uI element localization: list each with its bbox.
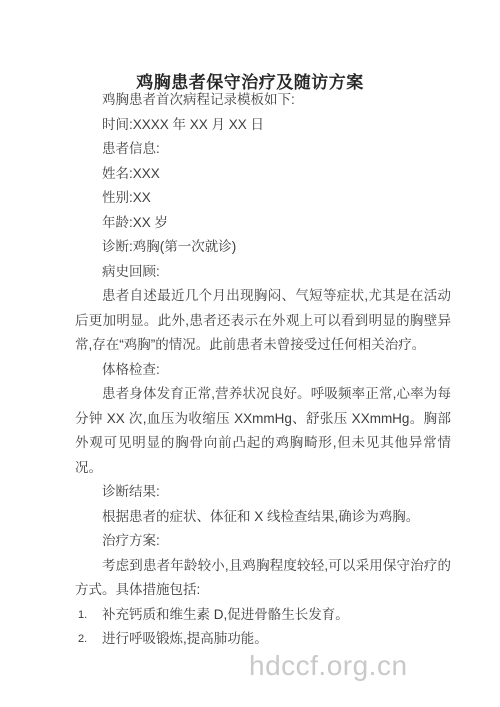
paragraph-diagnosis: 诊断:鸡胸(第一次就诊)	[75, 235, 451, 260]
paragraph-exam-heading: 体格检查:	[75, 358, 451, 383]
document-body: 鸡胸患者首次病程记录模板如下: 时间:XXXX 年 XX 月 XX 日 患者信息…	[75, 88, 451, 652]
document-page: 鸡胸患者保守治疗及随访方案 鸡胸患者首次病程记录模板如下: 时间:XXXX 年 …	[0, 0, 500, 707]
paragraph-treatment-body: 考虑到患者年龄较小,且鸡胸程度较轻,可以采用保守治疗的方式。具体措施包括:	[75, 554, 451, 603]
paragraph-history-heading: 病史回顾:	[75, 260, 451, 285]
paragraph-result-heading: 诊断结果:	[75, 480, 451, 505]
paragraph-treatment-heading: 治疗方案:	[75, 529, 451, 554]
watermark: hdccf.org.cn	[249, 650, 408, 682]
paragraph-result-body: 根据患者的症状、体征和 X 线检查结果,确诊为鸡胸。	[75, 505, 451, 530]
paragraph-intro: 鸡胸患者首次病程记录模板如下:	[75, 88, 451, 113]
paragraph-name: 姓名:XXX	[75, 162, 451, 187]
paragraph-exam-body: 患者身体发育正常,营养状况良好。呼吸频率正常,心率为每分钟 XX 次,血压为收缩…	[75, 382, 451, 480]
list-item-number: 1.	[75, 603, 102, 628]
paragraph-patient-info: 患者信息:	[75, 137, 451, 162]
list-item-number: 2.	[75, 627, 102, 652]
list-item: 2. 进行呼吸锻炼,提高肺功能。	[75, 627, 451, 652]
paragraph-date: 时间:XXXX 年 XX 月 XX 日	[75, 113, 451, 138]
list-item-text: 进行呼吸锻炼,提高肺功能。	[102, 627, 451, 652]
list-item: 1. 补充钙质和维生素 D,促进骨骼生长发育。	[75, 603, 451, 628]
paragraph-age: 年龄:XX 岁	[75, 211, 451, 236]
paragraph-gender: 性别:XX	[75, 186, 451, 211]
list-item-text: 补充钙质和维生素 D,促进骨骼生长发育。	[102, 603, 451, 628]
paragraph-history-body: 患者自述最近几个月出现胸闷、气短等症状,尤其是在活动后更加明显。此外,患者还表示…	[75, 284, 451, 358]
